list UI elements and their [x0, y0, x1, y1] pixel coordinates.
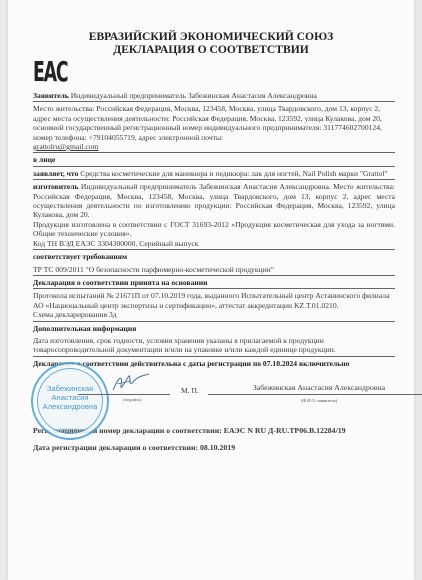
- additional-info-label: Дополнительная информация: [33, 324, 395, 334]
- declaration-body: Заявитель Индивидуальный предприниматель…: [33, 91, 395, 452]
- registration-number: ЕАЭС N RU Д-RU.ТР06.В.12284/19: [224, 426, 346, 435]
- seal-stamp: Забежинская Анастасия Александровна • МО…: [31, 362, 109, 440]
- compliance-label: соответствует требованиям: [33, 252, 395, 262]
- header-union-title: ЕВРАЗИЙСКИЙ ЭКОНОМИЧЕСКИЙ СОЮЗ: [0, 30, 422, 43]
- eac-logo-icon: ЕАС: [33, 58, 67, 86]
- applicant-row: Заявитель Индивидуальный предприниматель…: [33, 91, 395, 102]
- applicant-address: Место жительства: Российская Федерация, …: [33, 104, 382, 141]
- registration-date-label: Дата регистрации декларации о соответств…: [33, 443, 198, 452]
- basis-value: Протокола испытаний № 21671П от 07.10.20…: [33, 291, 395, 310]
- additional-info-value: Дата изготовления, срок годности, услови…: [33, 336, 395, 357]
- in-person-row: в лице: [33, 155, 395, 166]
- document-header: ЕВРАЗИЙСКИЙ ЭКОНОМИЧЕСКИЙ СОЮЗ ДЕКЛАРАЦИ…: [0, 30, 422, 56]
- manufacturer-standard: Продукция изготовлена в соответствии с Г…: [33, 220, 395, 239]
- registration-date: 08.10.2019: [200, 443, 235, 452]
- stamp-ring-text: • МОСКВА •: [33, 425, 107, 434]
- basis-row: Протокола испытаний № 21671П от 07.10.20…: [33, 291, 395, 321]
- seal-place-label: М. П.: [181, 386, 199, 395]
- manufacturer-code: Код ТН ВЭД ЕАЭС 3304300000. Серийный вып…: [33, 239, 395, 248]
- handwritten-signature-icon: [111, 372, 151, 394]
- applicant-email-link[interactable]: grattolru@gmail.com: [33, 142, 98, 151]
- manufacturer-label: изготовитель: [33, 182, 78, 191]
- declares-row: заявляет, что Средства косметические для…: [33, 169, 395, 180]
- signature-block: Забежинская Анастасия Александровна • МО…: [33, 372, 395, 418]
- basis-scheme: Схема декларирования 3д: [33, 310, 395, 319]
- signature-caption: (подпись): [123, 395, 142, 404]
- basis-label: Декларация о соответствии принята на осн…: [33, 278, 395, 289]
- stamp-line-3: Александровна: [33, 402, 107, 411]
- applicant-name-signed: Забежинская Анастасия Александровна: [208, 383, 422, 394]
- applicant-value: Индивидуальный предприниматель Забежинск…: [71, 91, 317, 100]
- declares-value: Средства косметические для маникюра и пе…: [80, 169, 387, 178]
- compliance-value: ТР ТС 009/2011 "О безопасности парфюмерн…: [33, 265, 395, 276]
- applicant-name-caption: (Ф.И.О. заявителя): [208, 396, 422, 405]
- stamp-line-1: Забежинская: [33, 384, 107, 393]
- applicant-address-row: Место жительства: Российская Федерация, …: [33, 104, 395, 153]
- registration-date-row: Дата регистрации декларации о соответств…: [33, 443, 395, 452]
- manufacturer-row: изготовитель Индивидуальный предпринимат…: [33, 182, 395, 250]
- declares-label: заявляет, что: [33, 169, 78, 178]
- applicant-label: Заявитель: [33, 91, 69, 100]
- manufacturer-value: Индивидуальный предприниматель Забежинск…: [33, 182, 395, 219]
